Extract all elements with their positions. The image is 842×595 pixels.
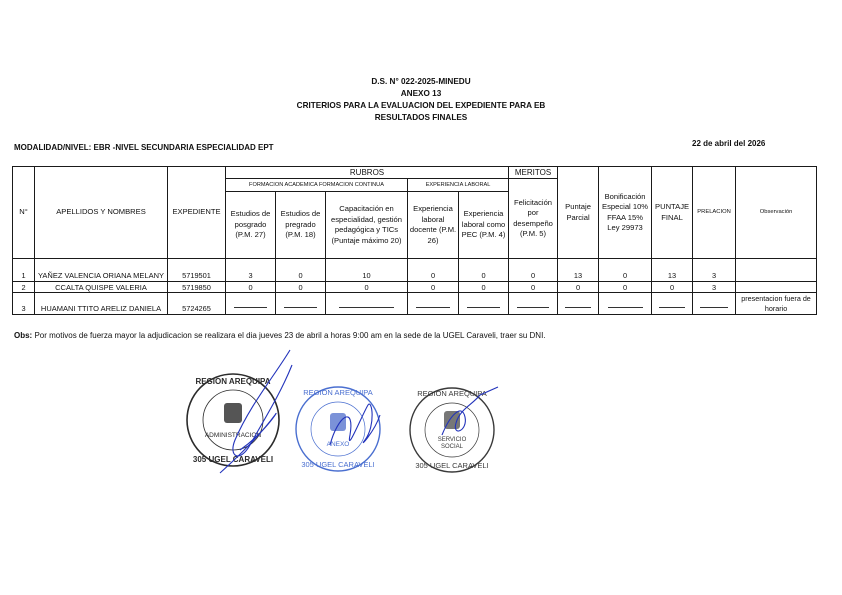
stamp-anexo: REGION AREQUIPA ANEXO 305 UGEL CARAVELI bbox=[296, 387, 380, 471]
blank-dash bbox=[467, 307, 500, 308]
observation-note: Obs: Por motivos de fuerza mayor la adju… bbox=[14, 331, 546, 340]
cell-name: CCALTA QUISPE VALERIA bbox=[35, 282, 168, 293]
document-date: 22 de abril del 2026 bbox=[692, 139, 765, 148]
header-final: PUNTAJE FINAL bbox=[652, 167, 693, 259]
group-meritos: MERITOS bbox=[509, 167, 558, 179]
cell-parcial: 13 bbox=[558, 259, 599, 282]
blank-dash bbox=[284, 307, 317, 308]
blank-dash bbox=[565, 307, 592, 308]
cell-parcial bbox=[558, 293, 599, 315]
cell-pregrado: 0 bbox=[276, 259, 326, 282]
cell-exp-docente: 0 bbox=[408, 282, 459, 293]
cell-num: 2 bbox=[13, 282, 35, 293]
table-row: 2CCALTA QUISPE VALERIA57198500000000003 bbox=[13, 282, 817, 293]
cell-final bbox=[652, 293, 693, 315]
cell-pregrado: 0 bbox=[276, 282, 326, 293]
blank-dash bbox=[608, 307, 643, 308]
cell-num: 1 bbox=[13, 259, 35, 282]
cell-felicitacion: 0 bbox=[509, 282, 558, 293]
blank-dash bbox=[234, 307, 267, 308]
header-parcial: Puntaje Parcial bbox=[558, 167, 599, 259]
cell-observacion bbox=[736, 259, 817, 282]
svg-text:ADMINISTRACION: ADMINISTRACION bbox=[205, 432, 262, 439]
header-exp-pec: Experiencia laboral como PEC (P.M. 4) bbox=[459, 192, 509, 259]
cell-parcial: 0 bbox=[558, 282, 599, 293]
blank-dash bbox=[517, 307, 549, 308]
cell-exp-pec bbox=[459, 293, 509, 315]
cell-exp-pec: 0 bbox=[459, 259, 509, 282]
cell-posgrado: 3 bbox=[226, 259, 276, 282]
cell-num: 3 bbox=[13, 293, 35, 315]
cell-expediente: 5724265 bbox=[168, 293, 226, 315]
blank-dash bbox=[659, 307, 686, 308]
cell-prelacion: 3 bbox=[693, 259, 736, 282]
header-expediente: EXPEDIENTE bbox=[168, 167, 226, 259]
svg-text:305 UGEL CARAVELI: 305 UGEL CARAVELI bbox=[301, 460, 374, 469]
header-bonificacion: Bonificación Especial 10% FFAA 15% Ley 2… bbox=[599, 167, 652, 259]
header-exp-docente: Experiencia laboral docente (P.M. 26) bbox=[408, 192, 459, 259]
svg-text:305 UGEL CARAVELI: 305 UGEL CARAVELI bbox=[415, 461, 488, 470]
official-stamps: REGION AREQUIPA ADMINISTRACION 305 UGEL … bbox=[180, 345, 520, 475]
cell-expediente: 5719501 bbox=[168, 259, 226, 282]
header-prelacion: PRELACION bbox=[693, 167, 736, 259]
table-row: 3HUAMANI TTITO ARELIZ DANIELA5724265pres… bbox=[13, 293, 817, 315]
cell-posgrado bbox=[226, 293, 276, 315]
cell-expediente: 5719850 bbox=[168, 282, 226, 293]
cell-exp-pec: 0 bbox=[459, 282, 509, 293]
observation-text: Por motivos de fuerza mayor la adjudicac… bbox=[32, 331, 545, 340]
decree-line: D.S. N° 022-2025-MINEDU bbox=[0, 76, 842, 88]
cell-bonificacion: 0 bbox=[599, 282, 652, 293]
svg-text:SOCIAL: SOCIAL bbox=[441, 444, 464, 450]
blank-dash bbox=[416, 307, 450, 308]
cell-pregrado bbox=[276, 293, 326, 315]
group-rubros: RUBROS bbox=[226, 167, 509, 179]
cell-final: 0 bbox=[652, 282, 693, 293]
header-names: APELLIDOS Y NOMBRES bbox=[35, 167, 168, 259]
cell-capacitacion: 10 bbox=[326, 259, 408, 282]
cell-prelacion: 3 bbox=[693, 282, 736, 293]
cell-observacion bbox=[736, 282, 817, 293]
cell-exp-docente bbox=[408, 293, 459, 315]
blank-dash bbox=[339, 307, 394, 308]
blank-dash bbox=[700, 307, 728, 308]
results-table: N° APELLIDOS Y NOMBRES EXPEDIENTE RUBROS… bbox=[12, 166, 817, 315]
svg-text:REGION AREQUIPA: REGION AREQUIPA bbox=[195, 377, 270, 386]
cell-bonificacion bbox=[599, 293, 652, 315]
cell-final: 13 bbox=[652, 259, 693, 282]
document-title: CRITERIOS PARA LA EVALUACION DEL EXPEDIE… bbox=[0, 100, 842, 112]
cell-name: HUAMANI TTITO ARELIZ DANIELA bbox=[35, 293, 168, 315]
svg-text:REGION AREQUIPA: REGION AREQUIPA bbox=[303, 388, 372, 397]
cell-prelacion bbox=[693, 293, 736, 315]
header-posgrado: Estudios de posgrado (P.M. 27) bbox=[226, 192, 276, 259]
subgroup-experiencia: EXPERIENCIA LABORAL bbox=[408, 179, 509, 192]
svg-text:305 UGEL CARAVELI: 305 UGEL CARAVELI bbox=[193, 455, 273, 464]
cell-observacion: presentacion fuera de horario bbox=[736, 293, 817, 315]
cell-capacitacion: 0 bbox=[326, 282, 408, 293]
svg-text:SERVICIO: SERVICIO bbox=[438, 437, 467, 443]
cell-posgrado: 0 bbox=[226, 282, 276, 293]
cell-felicitacion: 0 bbox=[509, 259, 558, 282]
cell-capacitacion bbox=[326, 293, 408, 315]
cell-bonificacion: 0 bbox=[599, 259, 652, 282]
header-observacion: Observación bbox=[736, 167, 817, 259]
cell-name: YAÑEZ VALENCIA ORIANA MELANY bbox=[35, 259, 168, 282]
cell-felicitacion bbox=[509, 293, 558, 315]
header-capacitacion: Capacitación en especialidad, gestión pe… bbox=[326, 192, 408, 259]
header-felicitacion: Felicitación por desempeño (P.M. 5) bbox=[509, 179, 558, 259]
svg-text:REGION AREQUIPA: REGION AREQUIPA bbox=[417, 389, 486, 398]
header-num: N° bbox=[13, 167, 35, 259]
observation-label: Obs: bbox=[14, 331, 32, 340]
subgroup-formacion: FORMACION ACADEMICA FORMACION CONTINUA bbox=[226, 179, 408, 192]
annex-line: ANEXO 13 bbox=[0, 88, 842, 100]
modality-level: MODALIDAD/NIVEL: EBR -NIVEL SECUNDARIA E… bbox=[14, 143, 274, 152]
table-row: 1YAÑEZ VALENCIA ORIANA MELANY57195013010… bbox=[13, 259, 817, 282]
header-pregrado: Estudios de pregrado (P.M. 18) bbox=[276, 192, 326, 259]
cell-exp-docente: 0 bbox=[408, 259, 459, 282]
stamp-servicio-social: REGION AREQUIPA SERVICIO SOCIAL 305 UGEL… bbox=[410, 388, 494, 472]
document-subtitle: RESULTADOS FINALES bbox=[0, 112, 842, 124]
